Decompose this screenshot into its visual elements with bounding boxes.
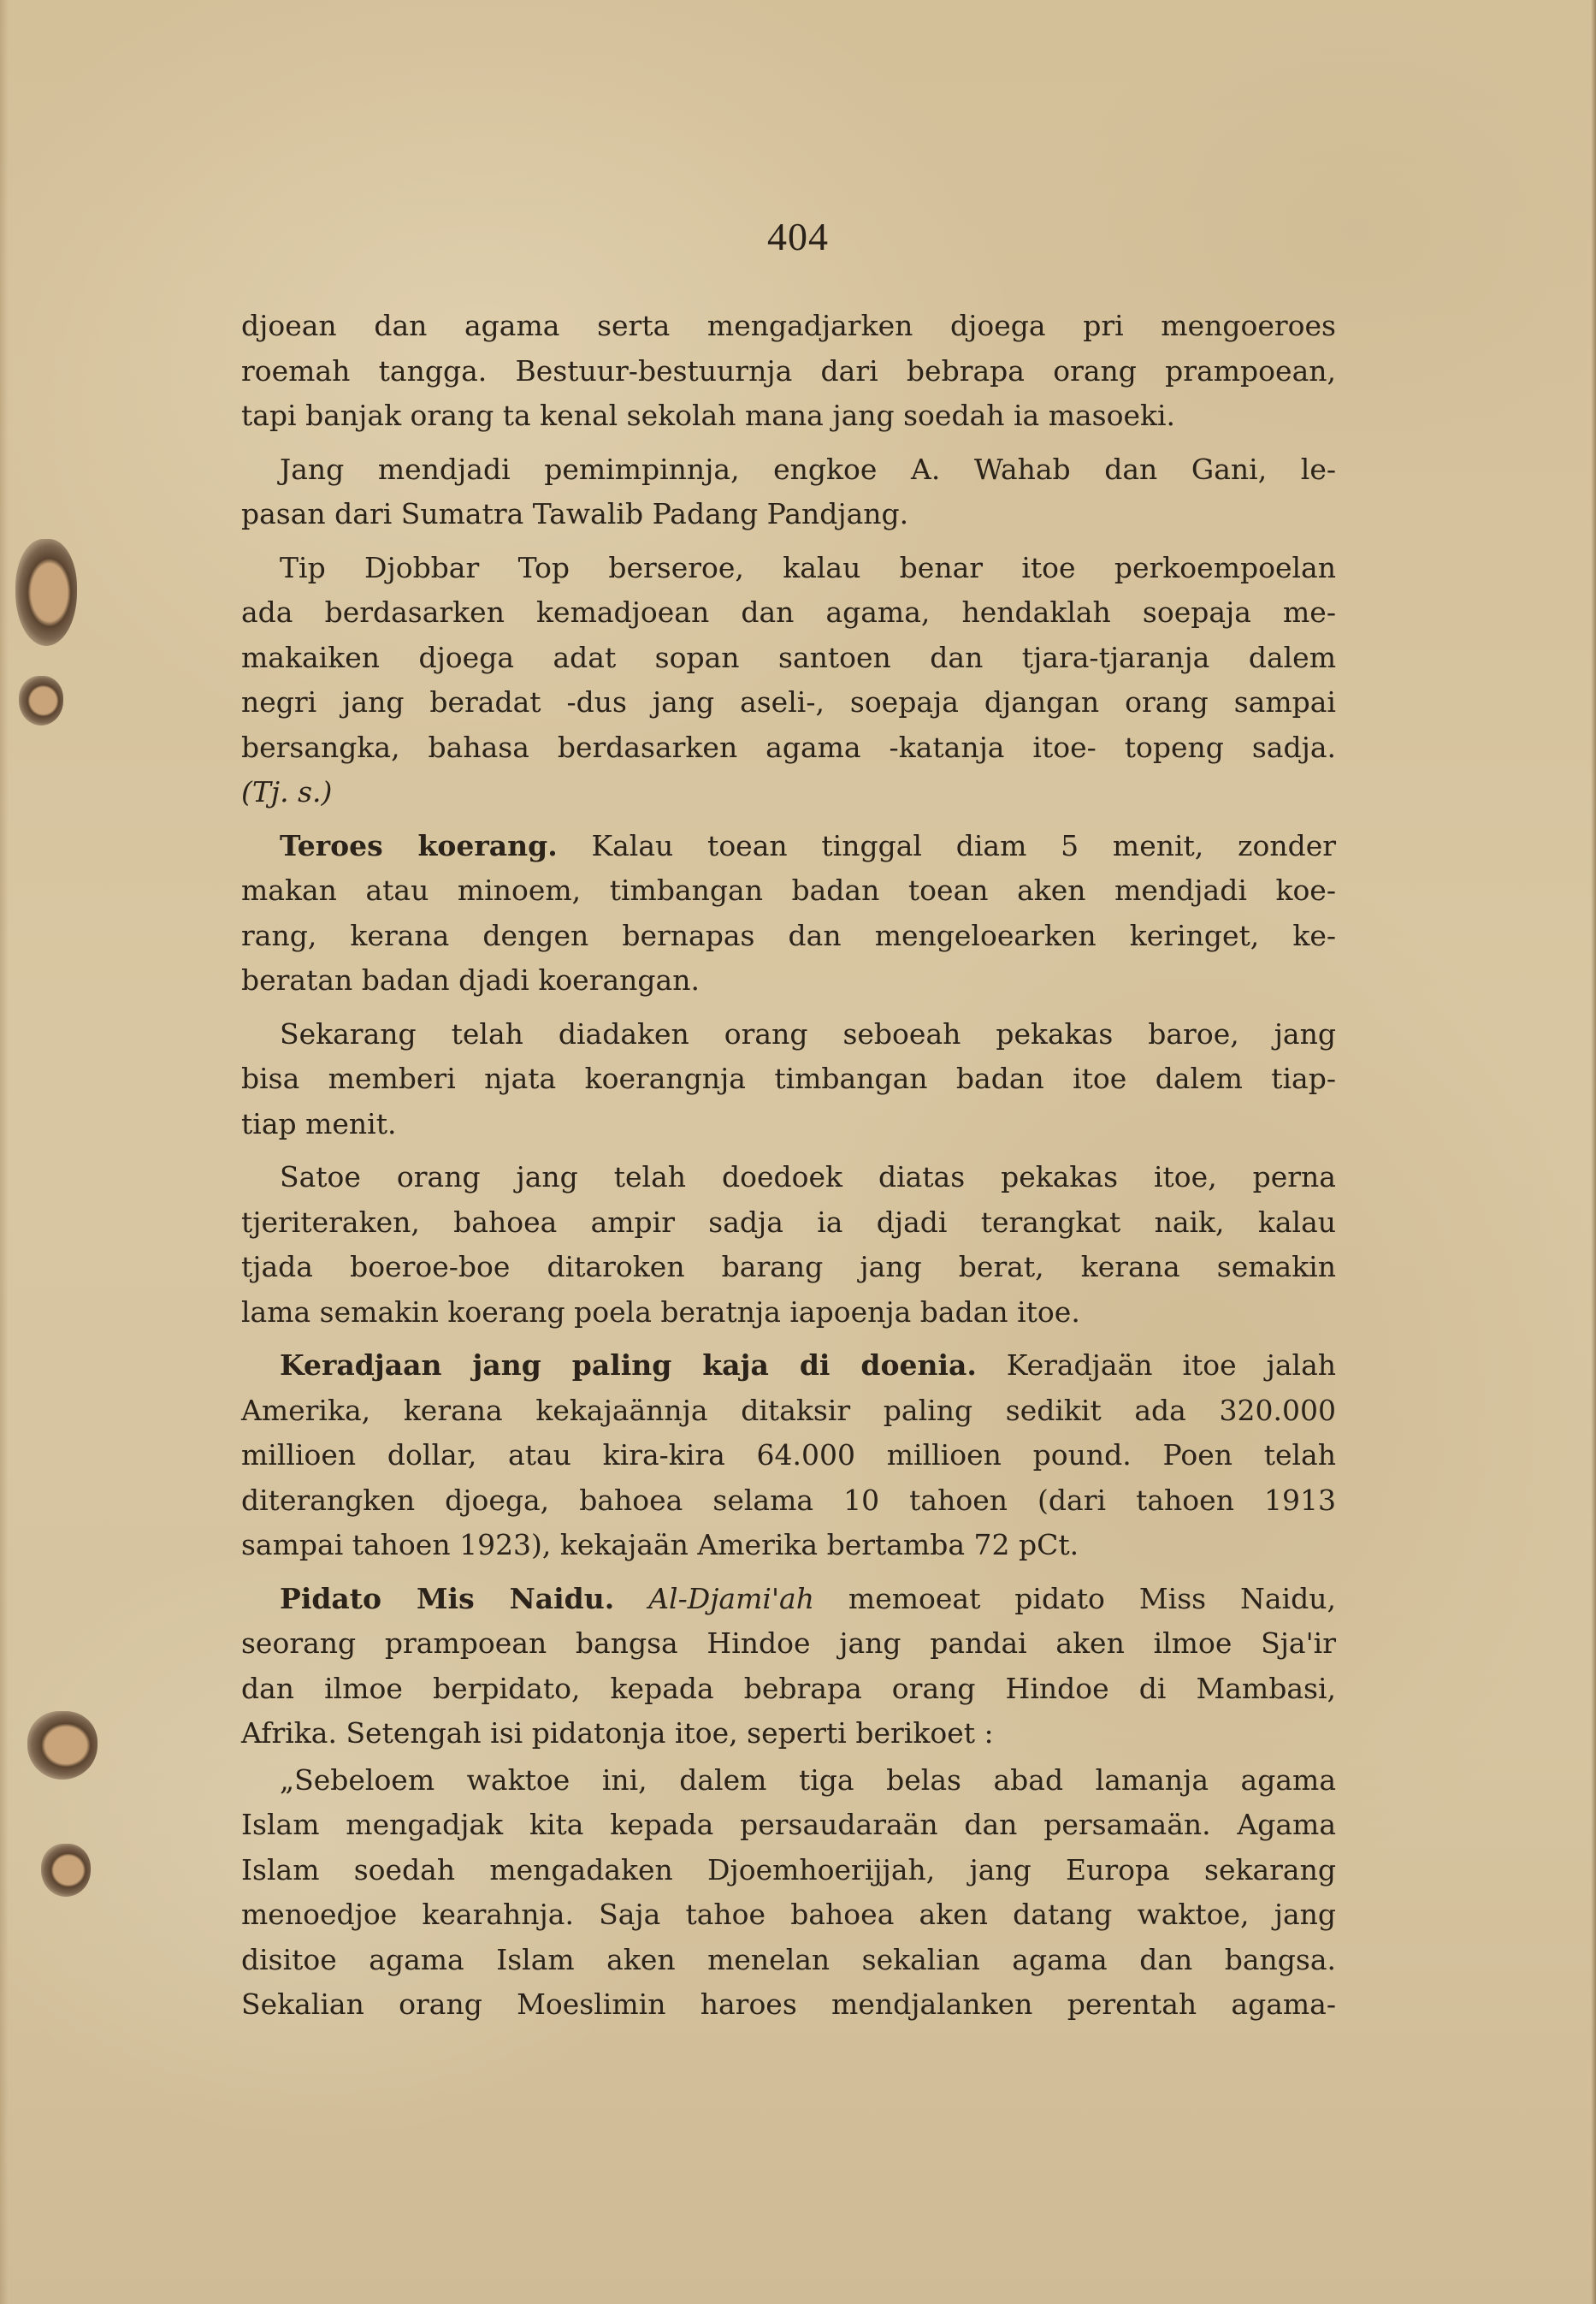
text-line: roemah tangga. Bestuur-bestuurnja dari b… (241, 349, 1336, 394)
source-citation: (Tj. s.) (241, 770, 1336, 815)
text-line: Afrika. Setengah isi pidatonja itoe, sep… (241, 1711, 1336, 1756)
text-line: pasan dari Sumatra Tawalib Padang Pandja… (241, 492, 1336, 537)
source-title: Al-Djami'ah (648, 1582, 814, 1615)
page-left-edge (0, 0, 9, 2304)
text-line: Islam mengadjak kita kepada persaudaraän… (241, 1803, 1336, 1848)
paragraph: djoean dan agama serta mengadjarken djoe… (241, 304, 1336, 439)
text-line: Pidato Mis Naidu. Al-Djami'ah memoeat pi… (241, 1577, 1336, 1622)
text-line: Sekalian orang Moeslimin haroes mendjala… (241, 1982, 1336, 2028)
text-line: rang, kerana dengen bernapas dan mengelo… (241, 914, 1336, 959)
page-number: 404 (0, 214, 1596, 259)
text-line: bisa memberi njata koerangnja timbangan … (241, 1057, 1336, 1102)
text-line: Sekarang telah diadaken orang seboeah pe… (241, 1012, 1336, 1057)
page-right-edge (1591, 0, 1596, 2304)
section-heading: Teroes koerang. (280, 829, 558, 862)
text-line: djoean dan agama serta mengadjarken djoe… (241, 304, 1336, 349)
paragraph: Teroes koerang. Kalau toean tinggal diam… (241, 824, 1336, 1004)
paragraph: Sekarang telah diadaken orang seboeah pe… (241, 1012, 1336, 1147)
section-heading: Keradjaan jang paling kaja di doenia. (280, 1348, 977, 1382)
paragraph: „Sebeloem waktoe ini, dalem tiga belas a… (241, 1758, 1336, 2028)
text-line: seorang prampoean bangsa Hindoe jang pan… (241, 1621, 1336, 1667)
text-line: sampai tahoen 1923), kekajaän Amerika be… (241, 1523, 1336, 1568)
text-line: tiap menit. (241, 1102, 1336, 1147)
binding-hole-icon (41, 1844, 91, 1897)
text-run: memoeat pidato Miss Naidu, (814, 1582, 1336, 1615)
text-line: menoedjoe kearahnja. Saja tahoe bahoea a… (241, 1892, 1336, 1938)
binding-hole-icon (19, 676, 63, 726)
text-line: Islam soedah mengadaken Djoemhoerijjah, … (241, 1848, 1336, 1893)
text-line: negri jang beradat -dus jang aseli-, soe… (241, 680, 1336, 726)
text-line: disitoe agama Islam aken menelan sekalia… (241, 1938, 1336, 1983)
text-line: Satoe orang jang telah doedoek diatas pe… (241, 1155, 1336, 1200)
paragraph: Satoe orang jang telah doedoek diatas pe… (241, 1155, 1336, 1335)
binding-hole-icon (15, 539, 77, 646)
text-line: makaiken djoega adat sopan santoen dan t… (241, 636, 1336, 681)
paragraph: Keradjaan jang paling kaja di doenia. Ke… (241, 1343, 1336, 1568)
text-line: tjada boeroe-boe ditaroken barang jang b… (241, 1245, 1336, 1290)
text-line: millioen dollar, atau kira-kira 64.000 m… (241, 1433, 1336, 1478)
body-text: djoean dan agama serta mengadjarken djoe… (241, 304, 1336, 2036)
text-run: Kalau toean tinggal diam 5 menit, zonder (558, 829, 1336, 862)
text-line: Jang mendjadi pemimpinnja, engkoe A. Wah… (241, 447, 1336, 493)
paragraph: Jang mendjadi pemimpinnja, engkoe A. Wah… (241, 447, 1336, 537)
text-line: beratan badan djadi koerangan. (241, 958, 1336, 1004)
text-run: Keradjaän itoe jalah (977, 1348, 1336, 1382)
text-line: ada berdasarken kemadjoean dan agama, he… (241, 590, 1336, 636)
text-line: Tip Djobbar Top berseroe, kalau benar it… (241, 546, 1336, 591)
text-line: lama semakin koerang poela beratnja iapo… (241, 1290, 1336, 1336)
text-line: diterangken djoega, bahoea selama 10 tah… (241, 1478, 1336, 1524)
text-line: tjeriteraken, bahoea ampir sadja ia djad… (241, 1200, 1336, 1246)
text-line: „Sebeloem waktoe ini, dalem tiga belas a… (241, 1758, 1336, 1804)
binding-hole-icon (27, 1711, 98, 1780)
text-line: bersangka, bahasa berdasarken agama -kat… (241, 726, 1336, 771)
text-line: tapi banjak orang ta kenal sekolah mana … (241, 394, 1336, 439)
paragraph: Tip Djobbar Top berseroe, kalau benar it… (241, 546, 1336, 815)
text-line: Keradjaan jang paling kaja di doenia. Ke… (241, 1343, 1336, 1389)
text-line: Teroes koerang. Kalau toean tinggal diam… (241, 824, 1336, 869)
text-line: Amerika, kerana kekajaännja ditaksir pal… (241, 1389, 1336, 1434)
text-line: makan atau minoem, timbangan badan toean… (241, 868, 1336, 914)
section-heading: Pidato Mis Naidu. (280, 1582, 614, 1615)
text-line: dan ilmoe berpidato, kepada bebrapa oran… (241, 1667, 1336, 1712)
paragraph: Pidato Mis Naidu. Al-Djami'ah memoeat pi… (241, 1577, 1336, 1756)
